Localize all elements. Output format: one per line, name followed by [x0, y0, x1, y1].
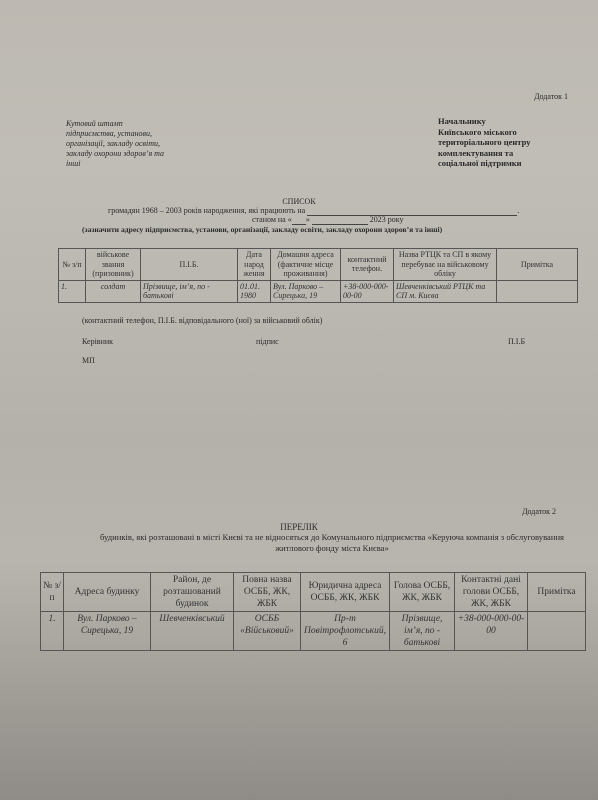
date-prefix: станом на « [252, 215, 292, 224]
col-legal-address: Юридична адреса ОСББ, ЖК, ЖБК [301, 573, 390, 612]
signature-label: підпис [256, 337, 279, 347]
corner-stamp-line: організації, закладу освіти, [66, 139, 186, 149]
cell-rank: солдат [86, 280, 141, 302]
addressee-block: Начальнику Київського міського територіа… [438, 116, 530, 169]
document-page: Додаток 1 Кутовий штамп підприємства, ус… [0, 0, 598, 800]
col-number: № з/п [41, 573, 64, 612]
cell-phone: +38-000-000-00-00 [341, 280, 394, 302]
cell-birthdate: 01.01. 1980 [238, 280, 271, 302]
cell-note [528, 612, 586, 651]
list-instruction: (зазначити адресу підприємства, установи… [82, 225, 442, 235]
table-row: 1. Вул. Парково – Сирецька, 19 Шевченків… [41, 612, 586, 651]
cell-legal-address: Пр-т Повітрофлотський, 6 [301, 612, 390, 651]
addressee-line: комплектування та [438, 148, 530, 159]
blank-day [292, 216, 306, 225]
addressee-line: Київського міського [438, 127, 530, 138]
soldiers-table: № з/п військове звання (призовник) П.І.Б… [58, 248, 578, 303]
col-building-address: Адреса будинку [64, 573, 151, 612]
corner-stamp-line: підприємства, установи, [66, 129, 186, 139]
contact-note: (контактний телефон, П.І.Б. відповідальн… [82, 316, 322, 326]
corner-stamp-note: Кутовий штамп підприємства, установи, ор… [66, 119, 186, 169]
cell-number: 1. [59, 280, 86, 302]
cell-home-address: Вул. Парково – Сирецька, 19 [271, 280, 341, 302]
addressee-line: соціальної підтримки [438, 158, 530, 169]
cell-building-address: Вул. Парково – Сирецька, 19 [64, 612, 151, 651]
cell-note [497, 280, 578, 302]
subtitle-text: громадян 1968 – 2003 років народження, я… [108, 206, 305, 215]
date-mid: » [306, 215, 310, 224]
cell-head: Прізвище, ім’я, по - батькові [390, 612, 455, 651]
col-rank: військове звання (призовник) [86, 249, 141, 281]
corner-stamp-line: закладу охорони здоров’я та [66, 149, 186, 159]
cell-full-name: ОСББ «Військовий» [234, 612, 301, 651]
appendix-2-label: Додаток 2 [522, 507, 556, 517]
col-number: № з/п [59, 249, 86, 281]
list-subtitle-2: станом на «» 2023 року [252, 215, 404, 225]
corner-stamp-line: інші [66, 159, 186, 169]
table-header-row: № з/п військове звання (призовник) П.І.Б… [59, 249, 578, 281]
col-note: Примітка [528, 573, 586, 612]
col-home-address: Домашня адреса (фактичне місце проживанн… [271, 249, 341, 281]
cell-district: Шевченківський [151, 612, 234, 651]
col-note: Примітка [497, 249, 578, 281]
cell-number: 1. [41, 612, 64, 651]
stamp-label: МП [82, 356, 95, 366]
date-suffix: 2023 року [370, 215, 404, 224]
corner-stamp-line: Кутовий штамп [66, 119, 186, 129]
head-label: Керівник [82, 337, 113, 347]
addressee-line: територіального центру [438, 137, 530, 148]
addressee-line: Начальнику [438, 116, 530, 127]
table-header-row: № з/п Адреса будинку Район, де розташова… [41, 573, 586, 612]
col-name: П.І.Б. [141, 249, 238, 281]
table-row: 1. солдат Прізвище, ім’я, по - батькові … [59, 280, 578, 302]
col-rtck: Назва РТЦК та СП в якому перебуває на ві… [394, 249, 497, 281]
blank-month [312, 216, 368, 225]
col-head: Голова ОСББ, ЖК, ЖБК [390, 573, 455, 612]
perelik-subtitle: будинків, які розташовані в місті Києві … [82, 532, 582, 554]
cell-rtck: Шевченківський РТЦК та СП м. Києва [394, 280, 497, 302]
col-district: Район, де розташований будинок [151, 573, 234, 612]
col-full-name: Повна назва ОСББ, ЖК, ЖБК [234, 573, 301, 612]
buildings-table: № з/п Адреса будинку Район, де розташова… [40, 572, 586, 651]
name-label: П.І.Б [508, 337, 525, 347]
perelik-title: ПЕРЕЛІК [0, 522, 598, 532]
col-birthdate: Дата народ ження [238, 249, 271, 281]
appendix-1-label: Додаток 1 [534, 92, 568, 102]
cell-head-contacts: +38-000-000-00-00 [455, 612, 528, 651]
col-head-contacts: Контактні дані голови ОСББ, ЖК, ЖБК [455, 573, 528, 612]
cell-name: Прізвище, ім’я, по - батькові [141, 280, 238, 302]
col-phone: контактний телефон. [341, 249, 394, 281]
